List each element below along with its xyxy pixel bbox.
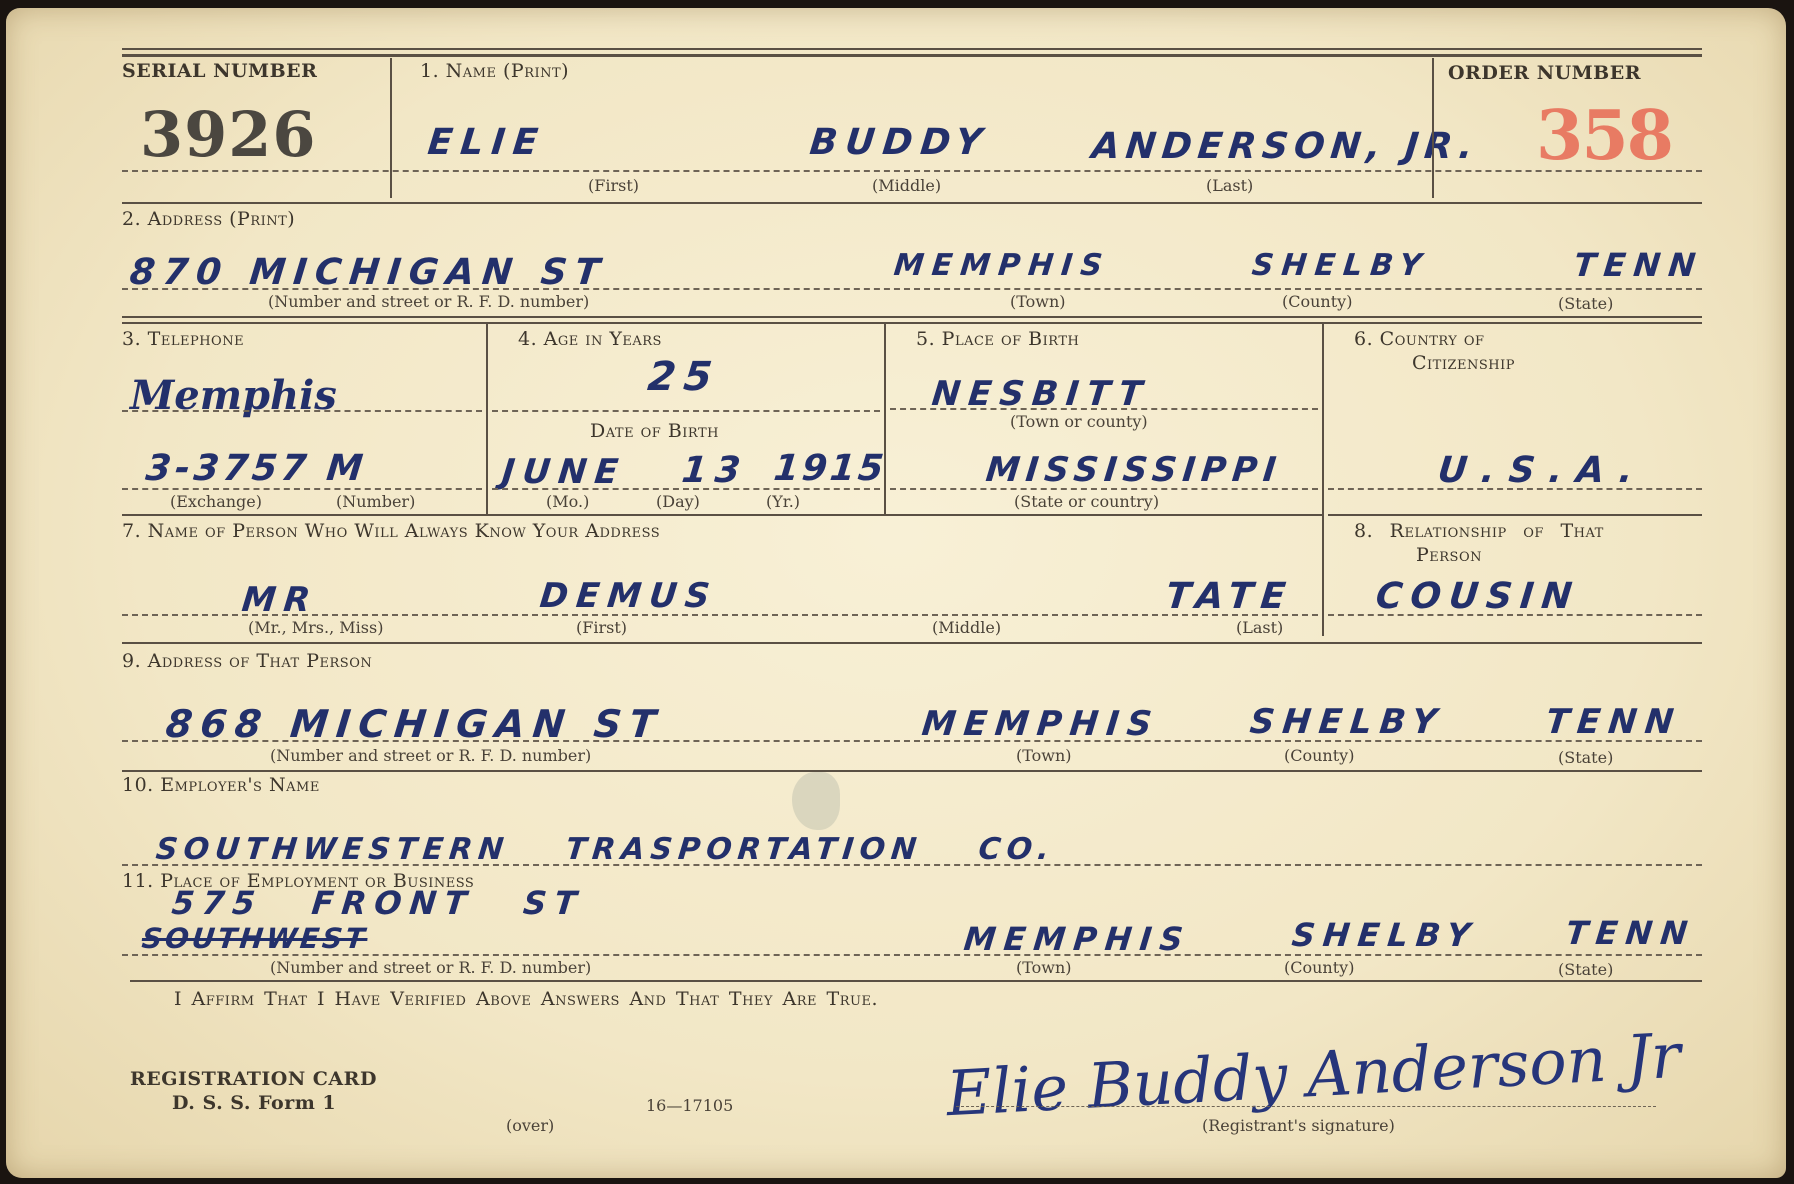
serial-divider xyxy=(390,58,392,198)
relationship-label-2: Person xyxy=(1416,544,1482,566)
print-code: 16—17105 xyxy=(646,1096,733,1115)
faint-stamp-mark xyxy=(792,772,840,830)
contact-address-town-value: MEMPHIS xyxy=(920,704,1162,744)
employment-town-caption: (Town) xyxy=(1016,958,1072,977)
telephone-number-caption: (Number) xyxy=(336,492,415,511)
name-first-caption: (First) xyxy=(588,176,639,195)
dob-year-caption: (Yr.) xyxy=(766,492,800,511)
age-line xyxy=(492,410,880,412)
address-town-value: MEMPHIS xyxy=(892,248,1112,283)
top-rule xyxy=(122,48,1702,50)
contact-address-county-value: SHELBY xyxy=(1248,702,1447,742)
employment-town-value: MEMPHIS xyxy=(962,920,1193,958)
form-title: REGISTRATION CARD xyxy=(130,1068,377,1090)
contact-label: 7. Name of Person Who Will Always Know Y… xyxy=(122,520,660,542)
birthplace-town-line xyxy=(890,408,1318,410)
employer-value: SOUTHWESTERN TRASPORTATION CO. xyxy=(154,832,1057,867)
address-state-caption: (State) xyxy=(1558,294,1613,313)
name-middle-value: BUDDY xyxy=(808,122,992,163)
birth-divider xyxy=(1322,324,1324,636)
relationship-value: COUSIN xyxy=(1374,576,1582,617)
order-divider xyxy=(1432,58,1434,198)
address-line xyxy=(122,288,1702,290)
row3-bottom-rule-right xyxy=(1328,514,1702,516)
contact-address-label: 9. Address of That Person xyxy=(122,650,372,672)
order-number-label: ORDER NUMBER xyxy=(1448,62,1641,84)
employer-line xyxy=(122,864,1702,866)
signature-line xyxy=(956,1106,1656,1107)
age-label: 4. Age in Years xyxy=(518,328,662,350)
affirmation-text: I Affirm That I Have Verified Above Answ… xyxy=(174,988,878,1010)
contact-first-caption: (First) xyxy=(576,618,627,637)
serial-number-label: SERIAL NUMBER xyxy=(122,60,317,82)
row5-bottom-rule xyxy=(122,770,1702,772)
address-street-value: 870 MICHIGAN ST xyxy=(128,252,610,293)
over-label: (over) xyxy=(506,1116,554,1135)
dob-day-value: 13 xyxy=(680,450,750,491)
citizenship-label-1: 6. Country of xyxy=(1354,328,1485,350)
employment-state-caption: (State) xyxy=(1558,960,1613,979)
contact-address-state-caption: (State) xyxy=(1558,748,1613,767)
contact-address-street-caption: (Number and street or R. F. D. number) xyxy=(270,746,591,765)
birthplace-state-caption: (State or country) xyxy=(1014,492,1159,511)
dob-year-value: 1915 xyxy=(772,448,889,489)
address-street-caption: (Number and street or R. F. D. number) xyxy=(268,292,589,311)
telephone-line-2 xyxy=(122,488,482,490)
row2-rule-a xyxy=(122,316,1702,318)
employment-street-value: 575 FRONT ST xyxy=(170,884,586,922)
contact-title-caption: (Mr., Mrs., Miss) xyxy=(248,618,383,637)
row7-bottom-rule xyxy=(130,980,1702,982)
address-town-caption: (Town) xyxy=(1010,292,1066,311)
citizenship-line xyxy=(1328,488,1702,490)
birthplace-town-caption: (Town or county) xyxy=(1010,412,1148,431)
telephone-number-value: 3-3757 M xyxy=(144,448,369,489)
dob-month-value: JUNE xyxy=(500,452,628,492)
contact-address-state-value: TENN xyxy=(1544,702,1684,742)
name-first-value: ELIE xyxy=(426,122,548,163)
name-label: 1. Name (Print) xyxy=(420,60,569,82)
form-id: D. S. S. Form 1 xyxy=(172,1092,336,1114)
employment-state-value: TENN xyxy=(1564,914,1697,952)
row2-rule-b xyxy=(122,322,1702,324)
citizenship-value: U.S.A. xyxy=(1436,450,1649,491)
registration-card: SERIAL NUMBER 3926 1. Name (Print) ELIE … xyxy=(6,8,1786,1178)
dob-line xyxy=(492,488,880,490)
contact-address-line xyxy=(122,740,1702,742)
telephone-exchange-caption: (Exchange) xyxy=(170,492,262,511)
dob-day-caption: (Day) xyxy=(656,492,700,511)
contact-middle-caption: (Middle) xyxy=(932,618,1001,637)
birthplace-state-line xyxy=(890,488,1318,490)
contact-address-county-caption: (County) xyxy=(1284,746,1354,765)
name-middle-caption: (Middle) xyxy=(872,176,941,195)
employment-county-caption: (County) xyxy=(1284,958,1354,977)
name-last-caption: (Last) xyxy=(1206,176,1253,195)
order-number-value: 358 xyxy=(1536,96,1672,176)
contact-last-value: TATE xyxy=(1164,576,1296,617)
birthplace-label: 5. Place of Birth xyxy=(916,328,1079,350)
employment-struck-text: SOUTHWEST xyxy=(140,922,369,955)
dob-month-caption: (Mo.) xyxy=(546,492,589,511)
age-divider xyxy=(884,324,886,516)
dob-label: Date of Birth xyxy=(590,420,719,442)
address-county-caption: (County) xyxy=(1282,292,1352,311)
name-line xyxy=(122,170,1702,172)
contact-last-caption: (Last) xyxy=(1236,618,1283,637)
employment-line xyxy=(122,954,1702,956)
contact-address-town-caption: (Town) xyxy=(1016,746,1072,765)
telephone-line-1 xyxy=(122,410,482,412)
contact-first-value: DEMUS xyxy=(538,576,720,616)
name-last-value: ANDERSON, JR. xyxy=(1090,126,1481,167)
tel-divider xyxy=(486,324,488,516)
signature-caption: (Registrant's signature) xyxy=(1202,1116,1395,1135)
address-state-value: TENN xyxy=(1572,246,1705,284)
telephone-label: 3. Telephone xyxy=(122,328,244,350)
contact-line xyxy=(122,614,1318,616)
age-value: 25 xyxy=(646,354,723,400)
citizenship-label-2: Citizenship xyxy=(1412,352,1515,374)
birthplace-state-value: MISSISSIPPI xyxy=(984,450,1284,490)
row3-bottom-rule xyxy=(122,514,1322,516)
employer-label: 10. Employer's Name xyxy=(122,774,320,796)
relationship-line xyxy=(1328,614,1702,616)
row4-bottom-rule xyxy=(122,642,1702,644)
row1-bottom-rule xyxy=(122,202,1702,204)
address-county-value: SHELBY xyxy=(1250,248,1431,283)
serial-number-value: 3926 xyxy=(140,98,317,171)
address-label: 2. Address (Print) xyxy=(122,208,295,230)
employment-county-value: SHELBY xyxy=(1290,916,1480,954)
employment-street-caption: (Number and street or R. F. D. number) xyxy=(270,958,591,977)
registrant-signature: Elie Buddy Anderson Jr xyxy=(945,1019,1683,1130)
relationship-label-1: 8. Relationship of That xyxy=(1354,520,1604,542)
top-rule-thick xyxy=(122,54,1702,57)
